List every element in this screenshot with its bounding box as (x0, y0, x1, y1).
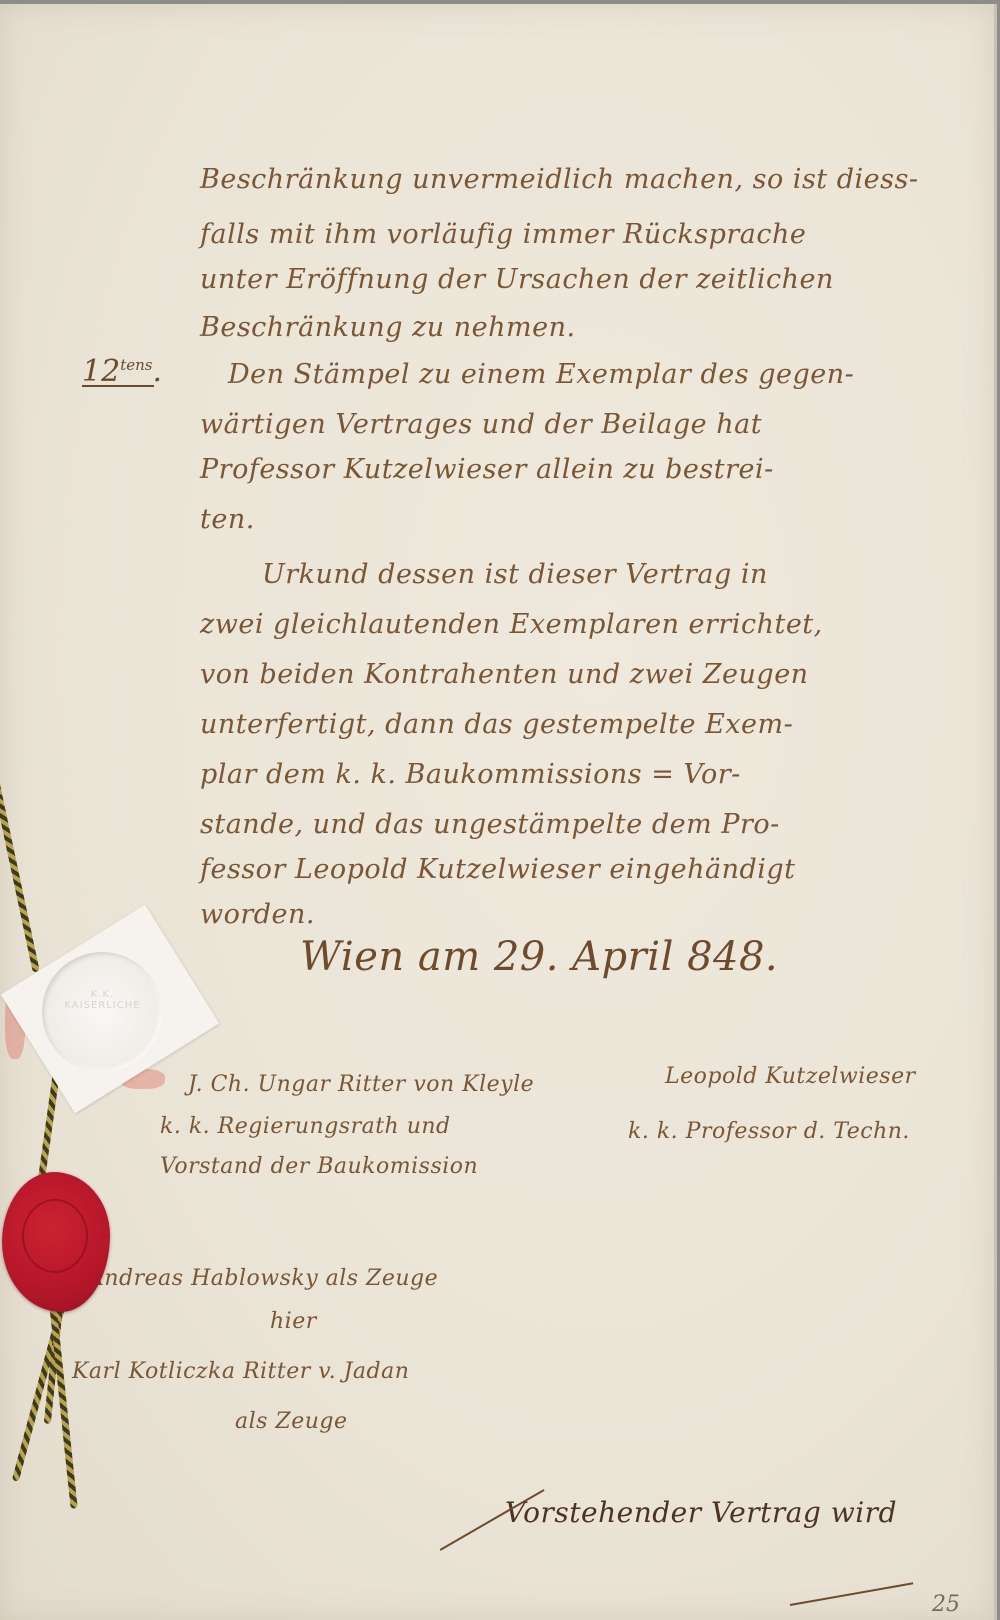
witness-1-line: hier (270, 1309, 317, 1334)
text-line: plar dem k. k. Baukommissions = Vor- (200, 759, 741, 790)
text-line: Urkund dessen ist dieser Vertrag in (262, 559, 768, 590)
wax-seal-impression (22, 1199, 88, 1273)
seal-cord (49, 1304, 77, 1509)
signature-right-line: Leopold Kutzelwieser (665, 1064, 916, 1089)
text-line: Beschränkung zu nehmen. (200, 312, 576, 343)
text-line: Beschränkung unvermeidlich machen, so is… (200, 164, 918, 195)
witness-1-line: Andreas Hablowsky als Zeuge (88, 1266, 438, 1291)
seal-legend: K.K. KAISERLICHE (55, 989, 150, 1011)
text-line: falls mit ihm vorläufig immer Rücksprach… (200, 219, 806, 250)
text-line: unterfertigt, dann das gestempelte Exem- (200, 709, 793, 740)
manuscript-page: Beschränkung unvermeidlich machen, so is… (0, 4, 997, 1620)
text-line: unter Eröffnung der Ursachen der zeitlic… (200, 264, 834, 295)
witness-2-line: Karl Kotliczka Ritter v. Jadan (72, 1359, 409, 1384)
folio-number: 25 (932, 1592, 960, 1617)
text-line: ten. (200, 504, 255, 535)
text-line: fessor Leopold Kutzelwieser eingehändigt (200, 854, 796, 885)
text-line: worden. (200, 899, 315, 930)
signature-left-line: J. Ch. Ungar Ritter von Kleyle (188, 1072, 534, 1097)
signature-left-line: k. k. Regierungsrath und (160, 1114, 451, 1139)
text-line: stande, und das ungestämpelte dem Pro- (200, 809, 780, 840)
text-line: Den Stämpel zu einem Exemplar des gegen- (228, 359, 854, 390)
section-number: 12tens. (82, 354, 162, 389)
section-number-value: 12 (82, 354, 120, 389)
section-number-suffix: tens (120, 356, 152, 374)
embossed-eagle-seal (42, 952, 162, 1072)
signature-right-line: k. k. Professor d. Techn. (628, 1119, 910, 1144)
text-line: Professor Kutzelwieser allein zu bestrei… (200, 454, 774, 485)
text-line: wärtigen Vertrages und der Beilage hat (200, 409, 762, 440)
pen-stroke (790, 1582, 913, 1605)
footer-note: Vorstehender Vertrag wird (505, 1496, 897, 1529)
signature-left-line: Vorstand der Baukomission (160, 1154, 478, 1179)
text-line: von beiden Kontrahenten und zwei Zeugen (200, 659, 809, 690)
witness-2-line: als Zeuge (235, 1409, 348, 1434)
date-line: Wien am 29. April 848. (300, 934, 778, 980)
text-line: zwei gleichlautenden Exemplaren errichte… (200, 609, 823, 640)
seal-cord (0, 775, 40, 972)
